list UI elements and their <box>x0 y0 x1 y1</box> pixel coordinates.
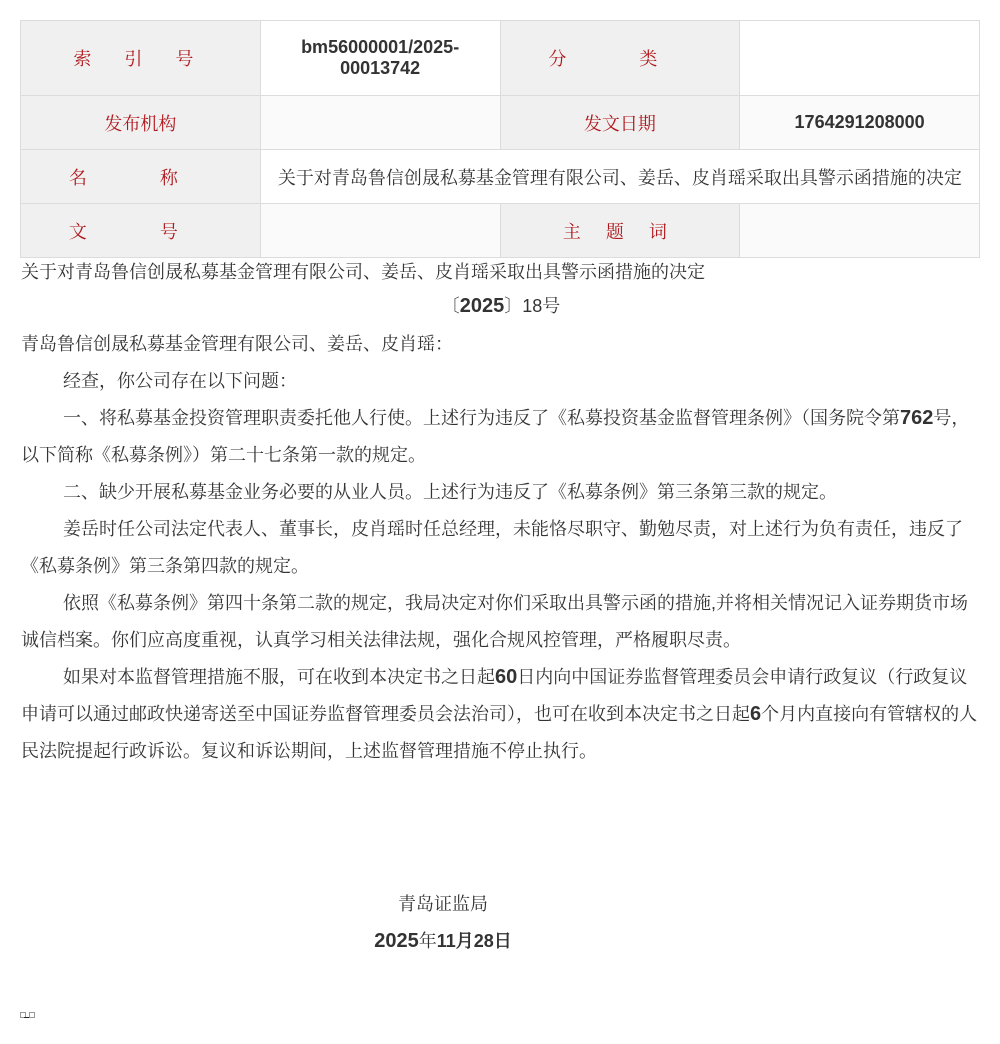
metadata-table: 索 引 号 bm56000001/2025-00013742 分 类 发布机构 … <box>20 20 980 258</box>
paragraph-appeal: 如果对本监督管理措施不服，可在收到本决定书之日起60日内向中国证券监督管理委员会… <box>21 659 981 770</box>
issuer-label: 发布机构 <box>21 96 261 150</box>
doc-no-label: 文 号 <box>21 204 261 258</box>
keywords-value <box>740 204 980 258</box>
keywords-label: 主 题 词 <box>500 204 740 258</box>
document-title: 关于对青岛鲁信创晟私募基金管理有限公司、姜岳、皮肖瑶采取出具警示函措施的决定 <box>21 258 981 286</box>
metadata-row-issuer: 发布机构 发文日期 1764291208000 <box>21 96 980 150</box>
metadata-row-name: 名 称 关于对青岛鲁信创晟私募基金管理有限公司、姜岳、皮肖瑶采取出具警示函措施的… <box>21 150 980 204</box>
broken-image-icon <box>20 1012 36 1018</box>
signature-date: 2025年11月28日 <box>0 927 886 953</box>
addressee: 青岛鲁信创晟私募基金管理有限公司、姜岳、皮肖瑶： <box>21 326 981 363</box>
signature-org: 青岛证监局 <box>0 890 886 916</box>
name-value: 关于对青岛鲁信创晟私募基金管理有限公司、姜岳、皮肖瑶采取出具警示函措施的决定 <box>260 150 979 204</box>
date-value: 1764291208000 <box>740 96 980 150</box>
metadata-row-docno: 文 号 主 题 词 <box>21 204 980 258</box>
issuer-value <box>260 96 500 150</box>
index-value: bm56000001/2025-00013742 <box>260 21 500 96</box>
paragraph-issue-1: 一、将私募基金投资管理职责委托他人行使。上述行为违反了《私募投资基金监督管理条例… <box>21 400 981 474</box>
paragraph-decision: 依照《私募条例》第四十条第二款的规定，我局决定对你们采取出具警示函的措施,并将相… <box>21 585 981 659</box>
document-body: 关于对青岛鲁信创晟私募基金管理有限公司、姜岳、皮肖瑶采取出具警示函措施的决定 〔… <box>21 258 981 770</box>
category-value <box>740 21 980 96</box>
doc-no-value <box>260 204 500 258</box>
document-number: 〔2025〕18号 <box>21 286 981 326</box>
paragraph-findings-intro: 经查，你公司存在以下问题： <box>21 363 981 400</box>
index-label: 索 引 号 <box>21 21 261 96</box>
date-label: 发文日期 <box>500 96 740 150</box>
category-label: 分 类 <box>500 21 740 96</box>
paragraph-issue-2: 二、缺少开展私募基金业务必要的从业人员。上述行为违反了《私募条例》第三条第三款的… <box>21 474 981 511</box>
name-label: 名 称 <box>21 150 261 204</box>
paragraph-responsibility: 姜岳时任公司法定代表人、董事长，皮肖瑶时任总经理，未能恪尽职守、勤勉尽责，对上述… <box>21 511 981 585</box>
metadata-row-index: 索 引 号 bm56000001/2025-00013742 分 类 <box>21 21 980 96</box>
